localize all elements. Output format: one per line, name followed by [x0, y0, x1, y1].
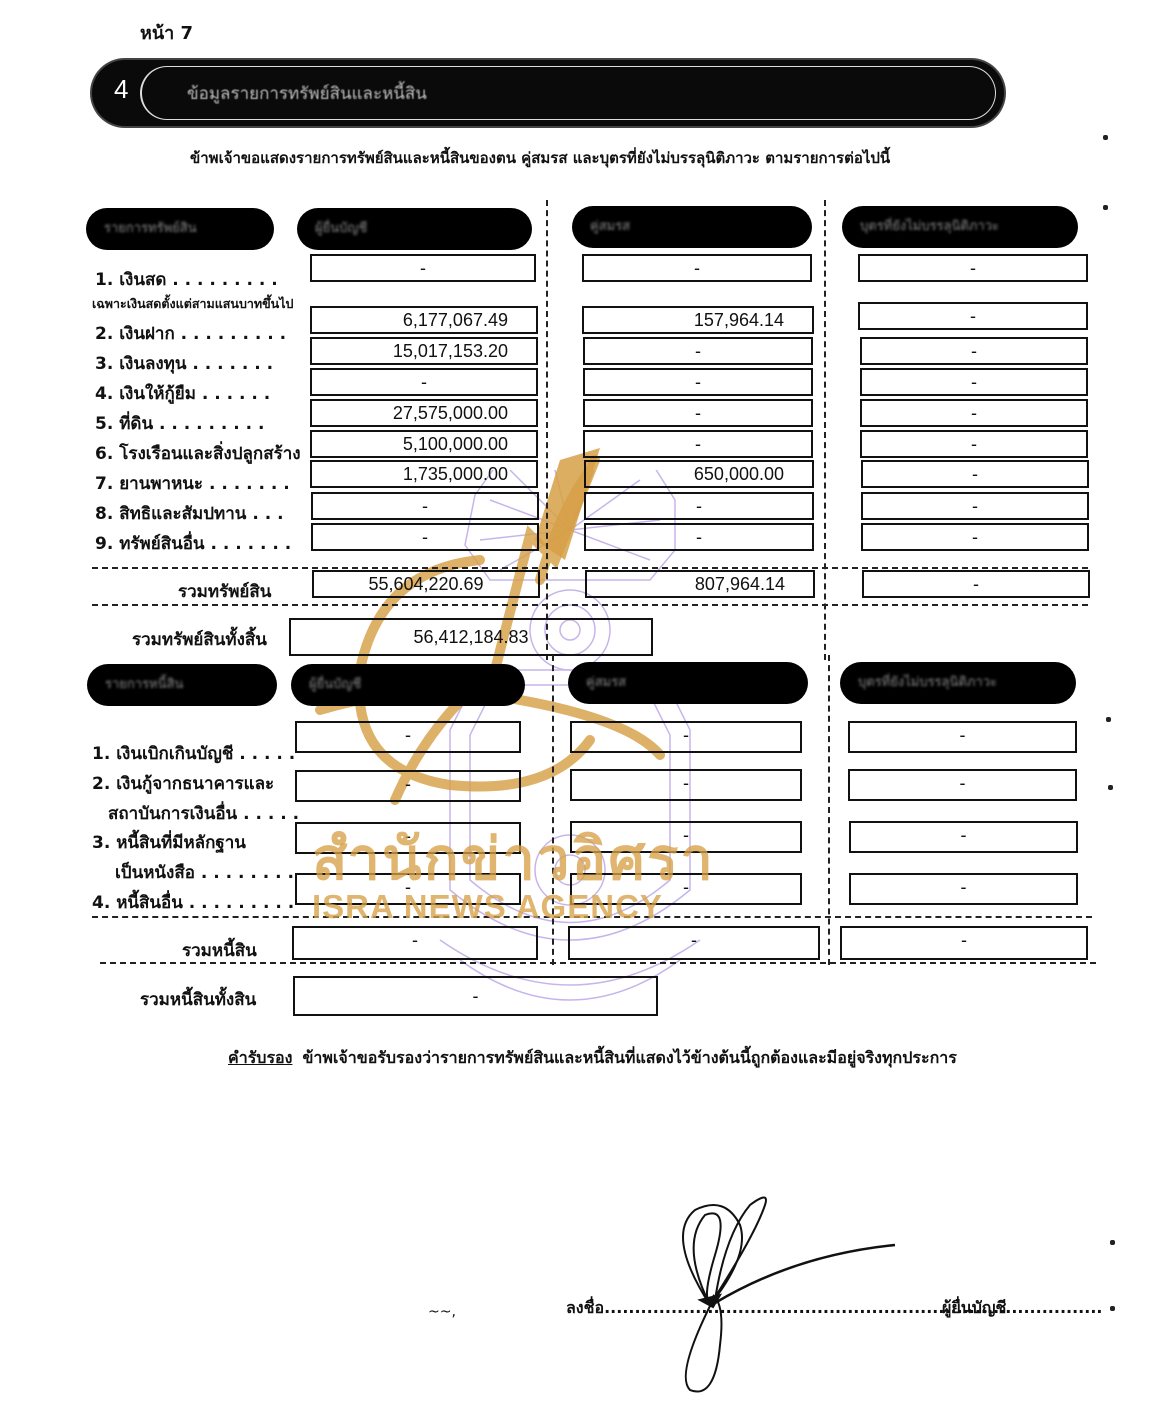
asset-loans-declarant: -	[310, 368, 538, 396]
asset-label-deposit: 2. เงินฝาก . . . . . . . . .	[95, 320, 286, 347]
asset-deposit-spouse: 157,964.14	[582, 306, 814, 334]
section-number: 4	[114, 74, 128, 105]
asset-cash-declarant: -	[310, 254, 536, 282]
liability-other-children: -	[849, 873, 1078, 905]
divider	[92, 604, 1088, 606]
liability-grand-total-value: -	[293, 976, 658, 1016]
asset-label-cash: 1. เงินสด . . . . . . . . .	[95, 266, 278, 293]
speck	[1110, 1306, 1115, 1311]
asset-land-spouse: -	[583, 399, 813, 427]
asset-subtotal-children: -	[862, 570, 1090, 598]
header-liab-spouse: คู่สมรส	[568, 662, 808, 704]
asset-grand-total-value: 56,412,184.83	[289, 618, 653, 656]
signature-icon	[655, 1195, 905, 1395]
section-banner: 4 ข้อมูลรายการทรัพย์สินและหนี้สิน	[92, 60, 1004, 126]
asset-land-children: -	[860, 399, 1088, 427]
asset-rights-children: -	[861, 492, 1089, 520]
column-divider	[824, 200, 826, 660]
liability-overdraft-declarant: -	[295, 721, 521, 753]
asset-label-rights: 8. สิทธิและสัมปทาน . . .	[95, 500, 284, 527]
asset-rights-spouse: -	[584, 492, 814, 520]
certification-text: ข้าพเจ้าขอรับรองว่ารายการทรัพย์สินและหนี…	[302, 1048, 956, 1067]
asset-other-declarant: -	[311, 523, 539, 551]
asset-cash-spouse: -	[582, 254, 812, 282]
section-intro: ข้าพเจ้าขอแสดงรายการทรัพย์สินและหนี้สินข…	[190, 146, 890, 170]
asset-subtotal-spouse: 807,964.14	[585, 570, 815, 598]
asset-label-vehicles: 7. ยานพาหนะ . . . . . . .	[95, 470, 290, 497]
asset-other-children: -	[861, 523, 1089, 551]
liability-subtotal-label: รวมหนี้สิน	[182, 937, 257, 964]
header-liability-items: รายการหนี้สิน	[87, 664, 277, 706]
liability-label-documented: 3. หนี้สินที่มีหลักฐาน	[92, 829, 246, 856]
header-asset-items: รายการทรัพย์สิน	[86, 208, 274, 250]
liability-label-documented-2: เป็นหนังสือ . . . . . . . .	[115, 859, 294, 886]
asset-vehicles-children: -	[861, 460, 1089, 488]
asset-label-other: 9. ทรัพย์สินอื่น . . . . . . .	[95, 530, 291, 557]
liability-overdraft-spouse: -	[570, 721, 802, 753]
liability-subtotal-children: -	[840, 926, 1088, 960]
asset-buildings-declarant: 5,100,000.00	[310, 430, 538, 458]
asset-loans-children: -	[860, 368, 1088, 396]
speck	[1103, 205, 1108, 210]
asset-buildings-spouse: -	[583, 430, 813, 458]
asset-label-buildings: 6. โรงเรือนและสิ่งปลูกสร้าง	[95, 440, 301, 467]
asset-vehicles-declarant: 1,735,000.00	[310, 460, 538, 488]
header-liab-children: บุตรที่ยังไม่บรรลุนิติภาวะ	[840, 662, 1076, 704]
liability-label-bank-loans: 2. เงินกู้จากธนาคารและ	[92, 770, 274, 797]
header-spouse: คู่สมรส	[572, 206, 812, 248]
header-declarant: ผู้ยื่นบัญชี	[297, 208, 532, 250]
header-liab-declarant: ผู้ยื่นบัญชี	[291, 664, 525, 706]
asset-buildings-children: -	[860, 430, 1088, 458]
cash-note: เฉพาะเงินสดตั้งแต่สามแสนบาทขึ้นไป	[92, 294, 293, 314]
liability-bank-loans-spouse: -	[570, 769, 802, 801]
asset-grand-total-label: รวมทรัพย์สินทั้งสิ้น	[132, 626, 267, 653]
watermark-english: ISRA NEWS AGENCY	[312, 888, 663, 926]
asset-deposit-children: -	[858, 302, 1088, 330]
divider	[92, 567, 1088, 569]
asset-rights-declarant: -	[311, 492, 539, 520]
liability-subtotal-declarant: -	[292, 926, 538, 960]
signature-role: ผู้ยื่นบัญชี	[942, 1296, 1006, 1321]
liability-label-overdraft: 1. เงินเบิกเกินบัญชี . . . . .	[92, 740, 295, 767]
liability-label-bank-loans-2: สถาบันการเงินอื่น . . . . .	[108, 800, 299, 827]
certification-heading: คำรับรอง	[228, 1048, 292, 1067]
asset-loans-spouse: -	[583, 368, 813, 396]
column-divider	[546, 200, 548, 660]
asset-investment-spouse: -	[583, 337, 813, 365]
asset-cash-children: -	[858, 254, 1088, 282]
header-children: บุตรที่ยังไม่บรรลุนิติภาวะ	[842, 206, 1078, 248]
asset-subtotal-label: รวมทรัพย์สิน	[178, 578, 271, 605]
asset-label-loans: 4. เงินให้กู้ยืม . . . . . .	[95, 380, 270, 407]
section-title: ข้อมูลรายการทรัพย์สินและหนี้สิน	[187, 80, 427, 107]
divider	[100, 962, 1096, 964]
liability-documented-children: -	[849, 821, 1078, 853]
asset-label-land: 5. ที่ดิน . . . . . . . . .	[95, 410, 264, 437]
asset-land-declarant: 27,575,000.00	[310, 399, 538, 427]
asset-deposit-declarant: 6,177,067.49	[310, 306, 538, 334]
speck	[1103, 135, 1108, 140]
asset-label-investment: 3. เงินลงทุน . . . . . . .	[95, 350, 273, 377]
asset-vehicles-spouse: 650,000.00	[584, 460, 814, 488]
liability-overdraft-children: -	[848, 721, 1077, 753]
liability-label-other: 4. หนี้สินอื่น . . . . . . . . .	[92, 889, 294, 916]
asset-subtotal-declarant: 55,604,220.69	[312, 570, 540, 598]
page-number: หน้า 7	[140, 18, 193, 47]
liability-grand-total-label: รวมหนี้สินทั้งสิน	[140, 986, 256, 1013]
speck	[1106, 717, 1111, 722]
asset-investment-children: -	[860, 337, 1088, 365]
asset-other-spouse: -	[584, 523, 814, 551]
stray-mark: ~~,	[428, 1304, 456, 1320]
certification: คำรับรองข้าพเจ้าขอรับรองว่ารายการทรัพย์ส…	[228, 1046, 957, 1071]
column-divider	[828, 655, 830, 965]
liability-bank-loans-declarant: -	[295, 770, 521, 802]
speck	[1110, 1240, 1115, 1245]
speck	[1108, 785, 1113, 790]
asset-investment-declarant: 15,017,153.20	[310, 337, 538, 365]
liability-bank-loans-children: -	[848, 769, 1077, 801]
liability-subtotal-spouse: -	[568, 926, 820, 960]
